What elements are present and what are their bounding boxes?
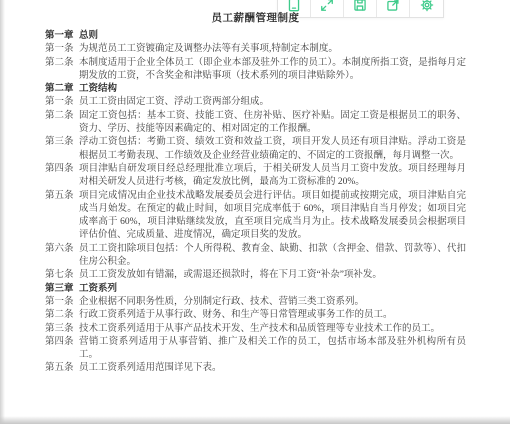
article-row: 第四条项目津贴自研发项目经总经理批准立项后，于相关研发人员当月工资中发放。项目经… bbox=[45, 163, 466, 190]
article-row: 第一条企业根据不同职务性质，分别制定行政、技术、营销三类工资系列。 bbox=[45, 296, 466, 309]
article-row: 第五条项目完成情况由企业技术战略发展委员会进行评估。项目如提前或按期完成，项目津… bbox=[45, 190, 466, 243]
article-text: 技术工资系列适用于从事产品技术开发、生产技术和品质管理等专业技术工作的员工。 bbox=[79, 323, 466, 336]
page-title: 员工薪酬管理制度 bbox=[45, 12, 466, 25]
document-page: 员工薪酬管理制度 第一章总则第一条为规范员工工资镀确定及调整办法等有关事项,特制… bbox=[0, 0, 510, 424]
article-text: 员工工资发放如有错漏，或需退还损款时，将在下月工资“补杂”项补发。 bbox=[79, 269, 466, 282]
chapter-title: 总则 bbox=[79, 30, 466, 43]
chapter-label: 第三章 bbox=[45, 283, 75, 296]
article-text: 企业根据不同职务性质，分别制定行政、技术、营销三类工资系列。 bbox=[79, 296, 466, 309]
article-row: 第七条员工工资发放如有错漏，或需退还损款时，将在下月工资“补杂”项补发。 bbox=[45, 269, 466, 282]
chapter-heading: 第二章工资结构 bbox=[45, 83, 466, 96]
article-text: 营销工资系列适用于从事营销、推广及相关工作的员工，包括市场本部及驻外机构所有员工… bbox=[79, 336, 466, 363]
article-row: 第四条营销工资系列适用于从事营销、推广及相关工作的员工，包括市场本部及驻外机构所… bbox=[45, 336, 466, 363]
chapter-title: 工资结构 bbox=[79, 83, 466, 96]
document-content: 员工薪酬管理制度 第一章总则第一条为规范员工工资镀确定及调整办法等有关事项,特制… bbox=[45, 12, 466, 376]
chapter-title: 工资系列 bbox=[79, 283, 466, 296]
save-icon bbox=[353, 0, 367, 12]
document-body: 第一章总则第一条为规范员工工资镀确定及调整办法等有关事项,特制定本制度。第二条本… bbox=[45, 30, 466, 376]
article-row: 第二条本制度适用于企业全体员工（即企业本部及驻外工作的员工）。本制度所指工资，是… bbox=[45, 57, 466, 84]
article-row: 第二条行政工资系列适于从事行政、财务、和生产等日常管理或事务工作的员工。 bbox=[45, 309, 466, 322]
chapter-heading: 第一章总则 bbox=[45, 30, 466, 43]
export-icon bbox=[386, 0, 400, 12]
chapter-label: 第二章 bbox=[45, 83, 75, 96]
article-text: 本制度适用于企业全体员工（即企业本部及驻外工作的员工）。本制度所指工资，是指每月… bbox=[79, 57, 466, 84]
article-label: 第四条 bbox=[45, 163, 75, 190]
article-label: 第七条 bbox=[45, 269, 75, 282]
article-row: 第二条固定工资包括：基本工资、技能工资、住房补贴、医疗补贴。固定工资是根据员工的… bbox=[45, 110, 466, 137]
article-label: 第二条 bbox=[45, 309, 75, 322]
article-row: 第一条为规范员工工资镀确定及调整办法等有关事项,特制定本制度。 bbox=[45, 43, 466, 56]
article-text: 项目津贴自研发项目经总经理批准立项后，于相关研发人员当月工资中发放。项目经理每月… bbox=[79, 163, 466, 190]
article-label: 第二条 bbox=[45, 57, 75, 84]
article-label: 第三条 bbox=[45, 323, 75, 336]
chapter-heading: 第三章工资系列 bbox=[45, 283, 466, 296]
article-text: 员工工资扣除项目包括：个人所得税、教育金、缺勤、扣款（含押金、借款、罚款等）、代… bbox=[79, 243, 466, 270]
article-label: 第二条 bbox=[45, 110, 75, 137]
screenshot-icon bbox=[287, 0, 301, 12]
page-left-edge bbox=[0, 0, 5, 424]
article-row: 第三条技术工资系列适用于从事产品技术开发、生产技术和品质管理等专业技术工作的员工… bbox=[45, 323, 466, 336]
article-text: 项目完成情况由企业技术战略发展委员会进行评估。项目如提前或按期完成，项目津贴自完… bbox=[79, 190, 466, 243]
article-row: 第一条员工工资由固定工资、浮动工资两部分组成。 bbox=[45, 96, 466, 109]
article-label: 第一条 bbox=[45, 296, 75, 309]
article-text: 员工工资由固定工资、浮动工资两部分组成。 bbox=[79, 96, 466, 109]
article-label: 第三条 bbox=[45, 136, 75, 163]
page-bottom-edge bbox=[0, 416, 510, 424]
article-row: 第五条员工工资系列适用范围详见下表。 bbox=[45, 362, 466, 375]
chapter-label: 第一章 bbox=[45, 30, 75, 43]
settings-icon bbox=[420, 0, 434, 12]
article-label: 第四条 bbox=[45, 336, 75, 363]
article-label: 第一条 bbox=[45, 43, 75, 56]
article-text: 浮动工资包括：考勤工资、绩效工资和效益工资，项目开发人员还有项目津贴。浮动工资是… bbox=[79, 136, 466, 163]
article-text: 行政工资系列适于从事行政、财务、和生产等日常管理或事务工作的员工。 bbox=[79, 309, 466, 322]
article-text: 员工工资系列适用范围详见下表。 bbox=[79, 362, 466, 375]
article-label: 第一条 bbox=[45, 96, 75, 109]
article-label: 第五条 bbox=[45, 362, 75, 375]
article-text: 固定工资包括：基本工资、技能工资、住房补贴、医疗补贴。固定工资是根据员工的职务、… bbox=[79, 110, 466, 137]
article-label: 第五条 bbox=[45, 190, 75, 243]
article-row: 第三条浮动工资包括：考勤工资、绩效工资和效益工资，项目开发人员还有项目津贴。浮动… bbox=[45, 136, 466, 163]
expand-icon bbox=[320, 0, 334, 12]
article-row: 第六条员工工资扣除项目包括：个人所得税、教育金、缺勤、扣款（含押金、借款、罚款等… bbox=[45, 243, 466, 270]
article-text: 为规范员工工资镀确定及调整办法等有关事项,特制定本制度。 bbox=[79, 43, 466, 56]
article-label: 第六条 bbox=[45, 243, 75, 270]
